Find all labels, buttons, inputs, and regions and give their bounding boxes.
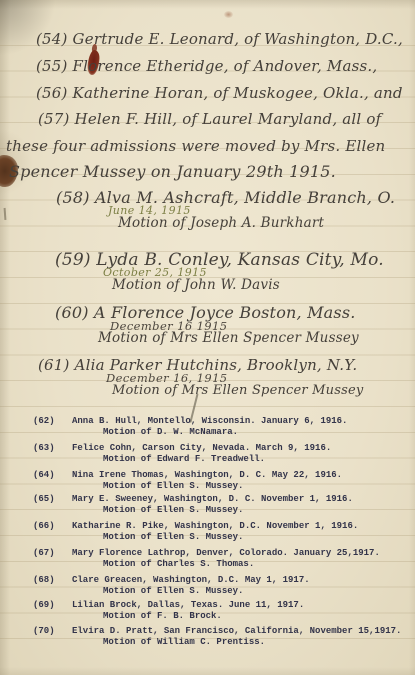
handwritten-line: these four admissions were moved by Mrs.…: [6, 137, 385, 155]
typed-line: Lilian Brock, Dallas, Texas. June 11, 19…: [72, 600, 304, 610]
handwritten-line: (58) Alva M. Ashcraft, Middle Branch, O.: [56, 188, 395, 207]
entry-number: (62): [33, 416, 55, 426]
motion-line: Motion of Mrs Ellen Spencer Mussey: [98, 330, 359, 346]
entry-number: (69): [33, 600, 55, 610]
typed-motion-line: Motion of Ellen S. Mussey.: [103, 532, 243, 542]
typed-line: Nina Irene Thomas, Washington, D. C. May…: [72, 470, 342, 480]
typed-motion-line: Motion of Ellen S. Mussey.: [103, 481, 243, 491]
typed-line: Mary E. Sweeney, Washington, D. C. Novem…: [72, 494, 353, 504]
typed-line: Mary Florence Lathrop, Denver, Colorado.…: [72, 548, 380, 558]
entry-number: (66): [33, 521, 55, 531]
typed-line: Anna B. Hull, Montello, Wisconsin. Janua…: [72, 416, 347, 426]
paper-smudge: [224, 11, 233, 18]
entry-number: (65): [33, 494, 55, 504]
motion-line: Motion of Joseph A. Burkhart: [118, 215, 324, 231]
handwritten-line: (56) Katherine Horan, of Muskogee, Okla.…: [36, 84, 403, 102]
entry-number: (70): [33, 626, 55, 636]
typed-line: Clare Greacen, Washington, D.C. May 1, 1…: [72, 575, 310, 585]
typed-motion-line: Motion of Edward F. Treadwell.: [103, 454, 265, 464]
handwritten-line: (57) Helen F. Hill, of Laurel Maryland, …: [38, 110, 381, 128]
typed-motion-line: Motion of Ellen S. Mussey.: [103, 505, 243, 515]
typed-motion-line: Motion of Charles S. Thomas.: [103, 559, 254, 569]
typed-motion-line: Motion of Ellen S. Mussey.: [103, 586, 243, 596]
motion-line: Motion of Mrs Ellen Spencer Mussey: [112, 383, 363, 398]
typed-motion-line: Motion of D. W. McNamara.: [103, 427, 238, 437]
typed-line: Elvira D. Pratt, San Francisco, Californ…: [72, 626, 401, 636]
motion-line: Motion of John W. Davis: [112, 277, 280, 293]
entry-number: (68): [33, 575, 55, 585]
typed-line: Felice Cohn, Carson City, Nevada. March …: [72, 443, 331, 453]
entry-number: (67): [33, 548, 55, 558]
handwritten-line: Spencer Mussey on January 29th 1915.: [9, 162, 336, 181]
ledger-page: (54) Gertrude E. Leonard, of Washington,…: [0, 0, 415, 675]
handwritten-line: (54) Gertrude E. Leonard, of Washington,…: [36, 30, 403, 48]
stray-tick-mark: [4, 208, 6, 220]
typed-motion-line: Motion of F. B. Brock.: [103, 611, 222, 621]
typed-motion-line: Motion of William C. Prentiss.: [103, 637, 265, 647]
typed-line: Katharine R. Pike, Washington, D.C. Nove…: [72, 521, 358, 531]
entry-number: (64): [33, 470, 55, 480]
entry-number: (63): [33, 443, 55, 453]
handwritten-line: (55) Florence Etheridge, of Andover, Mas…: [36, 57, 377, 75]
